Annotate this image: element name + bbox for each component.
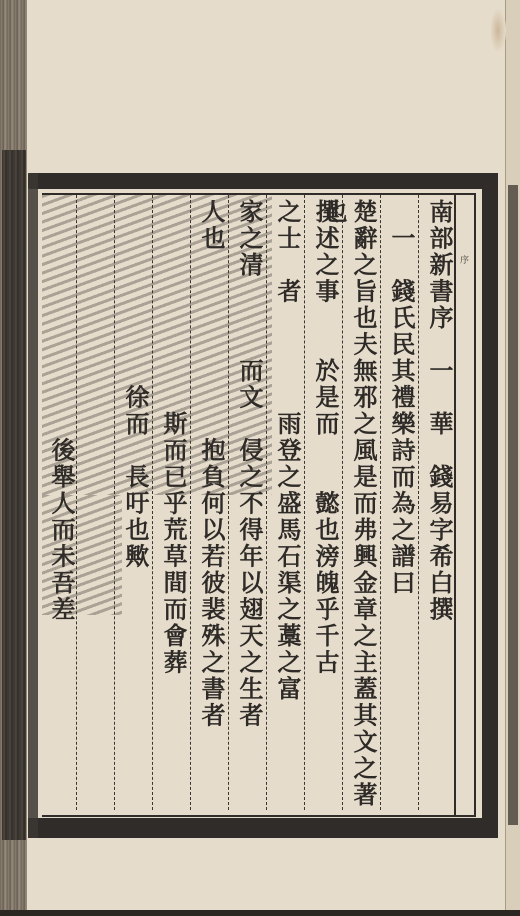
text-column-1: 南部新書序 一 華 錢易字希白撰	[424, 199, 454, 623]
text-column-5: 之士 者 雨登之盛馬石渠之藁之富	[272, 199, 302, 703]
text-column-2: 一 錢氏民其禮樂詩而為之譜曰	[386, 199, 416, 597]
printed-frame: 序 南部新書序 一 華 錢易字希白撰 一 錢氏民其禮樂詩而為之譜曰 楚辭之旨也夫…	[28, 173, 498, 838]
column-rule	[304, 195, 305, 810]
book-page: 序 南部新書序 一 華 錢易字希白撰 一 錢氏民其禮樂詩而為之譜曰 楚辭之旨也夫…	[0, 0, 520, 916]
water-stain	[490, 8, 506, 53]
column-rule	[380, 195, 381, 810]
worn-area-left	[42, 495, 122, 615]
frame-border-top	[28, 173, 498, 189]
bottom-shadow	[0, 910, 520, 916]
worn-area-upper-left	[42, 195, 272, 495]
frame-border-right	[482, 173, 498, 838]
column-rule	[418, 195, 419, 810]
text-block: 序 南部新書序 一 華 錢易字希白撰 一 錢氏民其禮樂詩而為之譜曰 楚辭之旨也夫…	[42, 193, 476, 817]
right-page-edge-print	[508, 185, 518, 825]
frame-border-left	[28, 173, 38, 838]
left-page-edges-shadow	[2, 150, 26, 840]
column-rule	[342, 195, 343, 810]
block-center-margin: 序	[454, 195, 474, 815]
frame-border-bottom	[28, 818, 498, 838]
banxin-mark: 序	[459, 255, 469, 266]
text-column-4: 撰述之事 於是而 懿也滂魄乎千古	[310, 199, 340, 676]
text-column-3: 楚辭之旨也夫無邪之風是而弗興金章之主蓋其文之著也	[348, 199, 378, 815]
